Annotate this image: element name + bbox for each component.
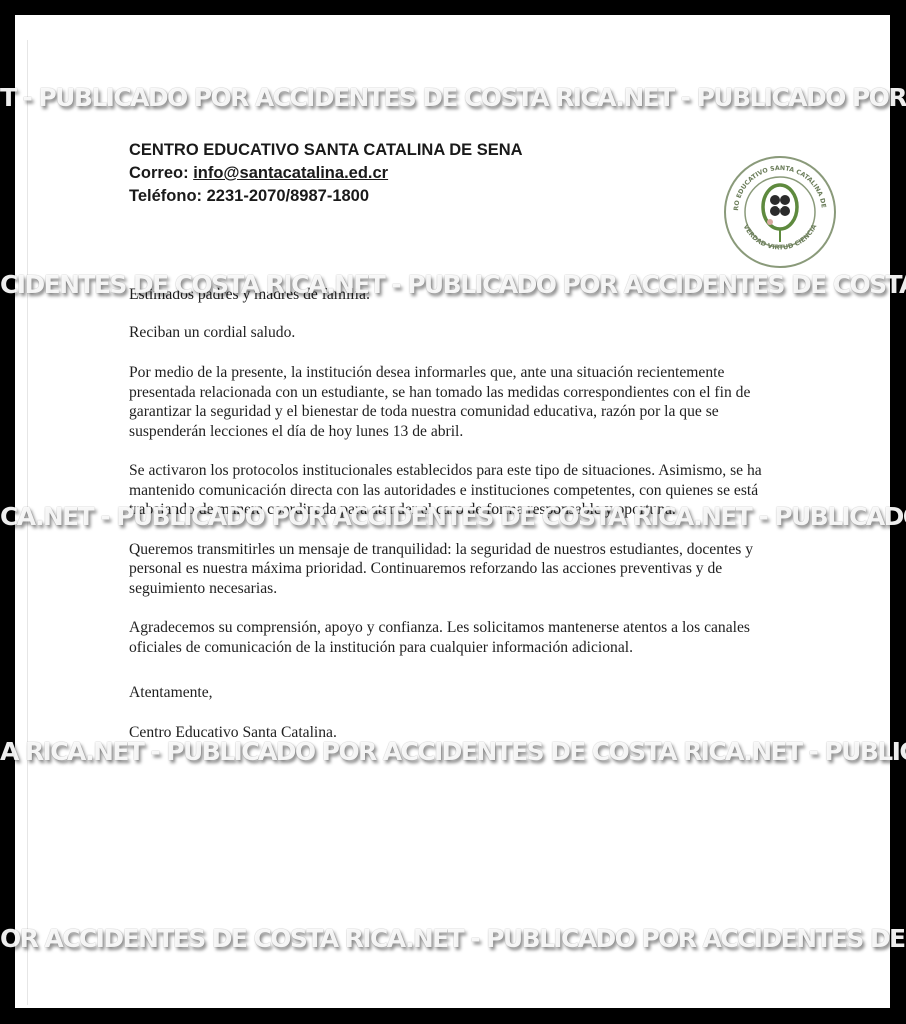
paragraph-2: Se activaron los protocolos instituciona… [129,461,779,520]
letter-page: CENTRO EDUCATIVO SANTA CATALINA DE SENA … [15,15,890,1008]
phone-row: Teléfono: 2231-2070/8987-1800 [129,185,523,208]
letterhead: CENTRO EDUCATIVO SANTA CATALINA DE SENA … [129,139,523,208]
email-row: Correo: info@santacatalina.ed.cr [129,162,523,185]
email-link[interactable]: info@santacatalina.ed.cr [193,164,388,182]
greeting: Estimados padres y madres de familia: [129,285,779,305]
phone-number: 2231-2070/8987-1800 [207,187,369,205]
school-seal-icon: CENTRO EDUCATIVO SANTA CATALINA DE SENA … [720,150,840,270]
email-label: Correo: [129,164,189,182]
paragraph-4: Agradecemos su comprensión, apoyo y conf… [129,618,779,657]
paragraph-1: Por medio de la presente, la institución… [129,363,779,441]
letter-body: Estimados padres y madres de familia: Re… [129,285,779,762]
closing: Atentamente, [129,683,779,703]
phone-label: Teléfono: [129,187,202,205]
page-edge-shadow [27,40,28,1005]
paragraph-3: Queremos transmitirles un mensaje de tra… [129,540,779,599]
salutation: Reciban un cordial saludo. [129,323,779,343]
signature: Centro Educativo Santa Catalina. [129,723,779,743]
institution-name: CENTRO EDUCATIVO SANTA CATALINA DE SENA [129,139,523,162]
